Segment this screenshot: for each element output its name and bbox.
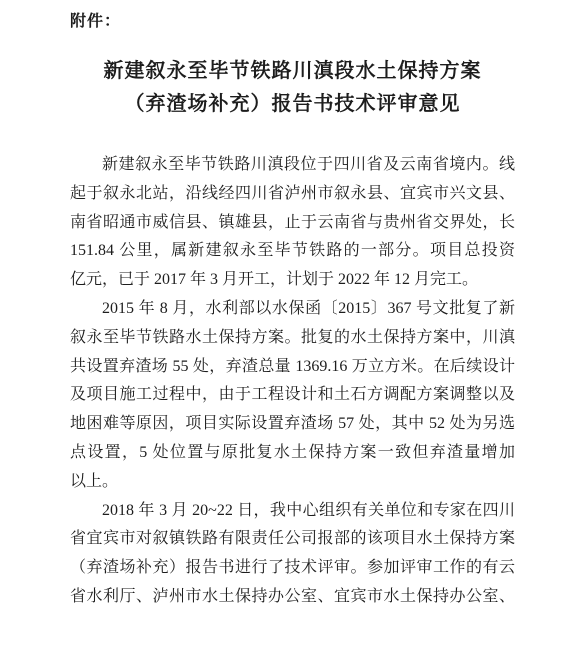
body-line: 地困难等原因，项目实际设置弃渣场 57 处，其中 52 处为另选地: [70, 410, 515, 439]
body-line: 共设置弃渣场 55 处，弃渣总量 1369.16 万立方米。在后续设计: [70, 353, 515, 382]
document-title: 新建叙永至毕节铁路川滇段水土保持方案 （弃渣场补充）报告书技术评审意见: [70, 55, 515, 121]
paragraph-1: 新建叙永至毕节铁路川滇段位于四川省及云南省境内。线路 起于叙永北站，沿线经四川省…: [70, 151, 515, 295]
body-line: 以上。: [70, 468, 515, 497]
document-body: 新建叙永至毕节铁路川滇段位于四川省及云南省境内。线路 起于叙永北站，沿线经四川省…: [70, 151, 515, 612]
body-line: 叙永至毕节铁路水土保持方案。批复的水土保持方案中，川滇段: [70, 324, 515, 353]
body-line: 151.84 公里，属新建叙永至毕节铁路的一部分。项目总投资 91.87: [70, 237, 515, 266]
body-line: 起于叙永北站，沿线经四川省泸州市叙永县、宜宾市兴文县、云: [70, 180, 515, 209]
title-line-2: （弃渣场补充）报告书技术评审意见: [70, 88, 515, 121]
body-line: 南省昭通市威信县、镇雄县，止于云南省与贵州省交界处，长度: [70, 209, 515, 238]
body-line: 新建叙永至毕节铁路川滇段位于四川省及云南省境内。线路: [70, 151, 515, 180]
paragraph-3: 2018 年 3 月 20~22 日，我中心组织有关单位和专家在四川 省宜宾市对…: [70, 497, 515, 612]
document-page: 附件： 新建叙永至毕节铁路川滇段水土保持方案 （弃渣场补充）报告书技术评审意见 …: [0, 0, 585, 645]
body-line: 省宜宾市对叙镇铁路有限责任公司报部的该项目水土保持方案: [70, 525, 515, 554]
body-line: 省水利厅、泸州市水土保持办公室、宜宾市水土保持办公室、昭: [70, 583, 515, 612]
attachment-label: 附件：: [70, 12, 515, 32]
title-line-1: 新建叙永至毕节铁路川滇段水土保持方案: [70, 55, 515, 88]
body-line: （弃渣场补充）报告书进行了技术评审。参加评审工作的有云南: [70, 554, 515, 583]
body-line: 点设置，5 处位置与原批复水土保持方案一致但弃渣量增加 20%: [70, 439, 515, 468]
body-line: 亿元，已于 2017 年 3 月开工，计划于 2022 年 12 月完工。: [70, 266, 515, 295]
body-line: 2018 年 3 月 20~22 日，我中心组织有关单位和专家在四川: [70, 497, 515, 526]
paragraph-2: 2015 年 8 月，水利部以水保函〔2015〕367 号文批复了新建 叙永至毕…: [70, 295, 515, 497]
body-line: 及项目施工过程中，由于工程设计和土石方调配方案调整以及征: [70, 381, 515, 410]
body-line: 2015 年 8 月，水利部以水保函〔2015〕367 号文批复了新建: [70, 295, 515, 324]
